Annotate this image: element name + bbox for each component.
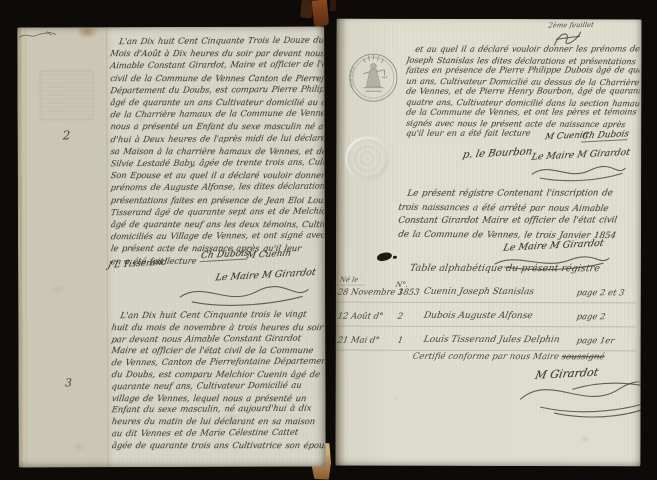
handwriting-line: Enfant du sexe masculin, né aujourd'hui … [111, 404, 325, 417]
handwriting-line: de la Commune de Vennes, et ont les père… [405, 106, 639, 117]
table-rule [336, 302, 636, 304]
handwriting-line: par devant nous Aimable Constant Girardo… [110, 333, 324, 346]
pen-flourish-icon [17, 28, 59, 42]
handwriting-line: au dit Vennes et de Marie Célestine Catt… [111, 427, 325, 440]
table-cell-name: Cuenin Joseph Stanislas [423, 287, 535, 297]
signature-tisserand: J L Tisserand [107, 257, 168, 270]
handwriting-line: Département du Doubs, est comparu Pierre… [109, 82, 324, 96]
scanned-register-photo: 2 3 L'an Dix huit Cent Cinquante Trois l… [0, 0, 657, 480]
revenue-stamp: TIMBRE [346, 51, 400, 105]
table-cell-page: page 1er [576, 335, 615, 345]
table-cell-num: 2 [397, 311, 404, 321]
act-number-margin: 2 [57, 128, 77, 142]
handwriting-line: Constant Girardot Maire et officier de l… [397, 214, 631, 228]
table-cell-name: Dubois Auguste Alfonse [423, 311, 533, 321]
handwriting-line: Le présent régistre Contenant l'inscript… [397, 188, 631, 201]
handwriting-line: de Vennes, et de Pierre Henry Bourbon, â… [405, 85, 639, 96]
table-row: 21 Mai d° 1 Louis Tisserand Jules Delphi… [336, 335, 641, 350]
margin-crease [106, 27, 109, 467]
table-rule [336, 326, 636, 328]
handwriting-line: L'an Dix huit Cent Cinquante Trois le Do… [109, 34, 324, 47]
table-cell-page: page 2 et 3 [576, 287, 625, 297]
table-title: Table alphabétique du présent régistre [409, 263, 601, 274]
table-rule [336, 285, 366, 286]
table-row: 28 Novembre 1853 3 Cuenin Joseph Stanisl… [336, 287, 641, 302]
handwriting-line: Aimable Constant Girardot, Maire et offi… [109, 58, 324, 72]
bleedthrough-stamp [39, 70, 93, 120]
handwriting-line: domiciliés au Village de Vennes, et ont … [110, 229, 324, 243]
handwriting-line: et au quel il a déclaré vouloir donner l… [405, 44, 639, 54]
table-cell-name: Louis Tisserand Jules Delphin [423, 335, 561, 345]
left-page: 2 3 L'an Dix huit Cent Cinquante Trois l… [17, 26, 326, 467]
handwriting-line: de la Charrière hamaux de la Commune de … [110, 107, 325, 121]
handwriting-line: faites en présence de Pierre Philippe Du… [405, 64, 639, 75]
right-page: 2ème feuillet TIMBRE et au quel il a déc… [335, 19, 641, 467]
handwriting-line: L'an Dix huit Cent Cinquante trois le vi… [110, 310, 324, 323]
handwriting-line: de Vennes, Canton de Pierrefontaine Dépa… [110, 357, 324, 370]
handwriting-line: quarante neuf ans, Cultivateur Domicilié… [111, 380, 325, 393]
act3-text: et au quel il a déclaré vouloir donner l… [405, 44, 639, 139]
act-number-margin: 3 [58, 376, 78, 389]
table-row: 12 Août d° 2 Dubois Auguste Alfonse page… [336, 311, 641, 326]
act1-text: L'an Dix huit Cent Cinquante Trois le Do… [109, 34, 324, 267]
act2-text: L'an Dix huit Cent Cinquante trois le vi… [110, 310, 324, 452]
ink-blot [393, 256, 397, 259]
handwriting-line: d'hui à Deux heures de l'après midi de l… [110, 131, 324, 145]
table-cell-page: page 2 [576, 311, 606, 321]
embossed-seal [345, 137, 389, 181]
table-cell-date: 28 Novembre 1853 [337, 287, 420, 297]
table-col-date-label: Né le [339, 276, 359, 284]
signature-flourish [176, 285, 311, 307]
signature-dubois: Ch Dubois [581, 129, 630, 142]
table-cell-num: 1 [397, 335, 404, 345]
ink-blot [376, 252, 392, 262]
signature-bourbon: p. le Bourbon [462, 146, 534, 160]
certification-text: Certifié conforme par nous Maire [412, 352, 563, 362]
binding-fragment-top [312, 0, 329, 27]
certification-line: Certifié conforme par nous Maire soussig… [412, 352, 606, 362]
signature-maire: Le Maire M Girardot [531, 147, 631, 163]
certification-struck-word: soussigné [561, 352, 606, 362]
handwriting-line: prénoms de Auguste Alfonse, les dites dé… [110, 180, 324, 194]
table-cell-date: 12 Août d° [337, 311, 384, 321]
signature-maire: Le Maire M Girardot [214, 267, 316, 284]
signature-maire: M Girardot [534, 366, 600, 382]
signature-flourish [528, 164, 628, 182]
binding-fragment-top [330, 0, 336, 11]
handwriting-line: Tisserand âgé de quarante sept ans et de… [110, 204, 324, 218]
signature-flourish [515, 381, 642, 421]
table-cell-date: 21 Mai d° [337, 335, 381, 345]
handwriting-line: Silvie Lestadé Baby, âgée de trente troi… [110, 156, 324, 170]
handwriting-line: âgée de quarante trois ans Cultivatrice … [111, 441, 325, 453]
closing-statement: Le présent régistre Contenant l'inscript… [397, 188, 631, 243]
